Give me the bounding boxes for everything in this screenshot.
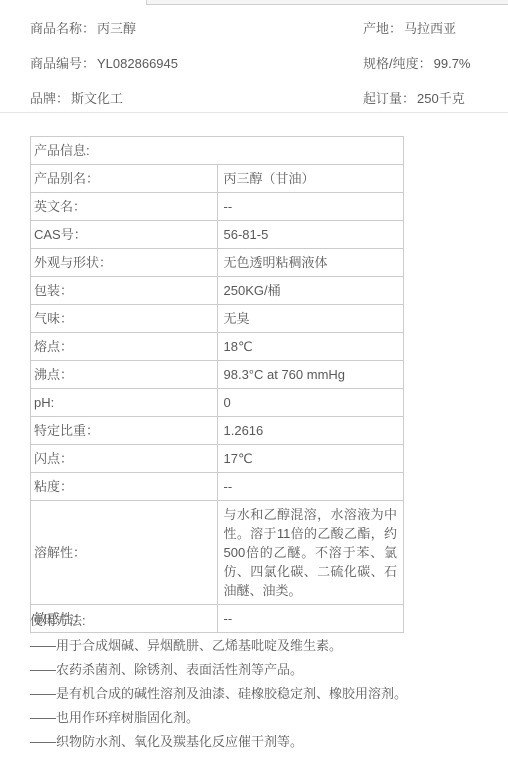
row-value: 17℃ [217, 445, 404, 473]
usage-line: ——农药杀菌剂、除锈剂、表面活性剂等产品。 [30, 661, 490, 679]
product-code-label: 商品编号： [30, 56, 95, 71]
row-label: 溶解性： [31, 501, 218, 605]
row-label: 闪点： [31, 445, 218, 473]
brand-row: 品牌：斯文化工 [30, 89, 178, 124]
origin-label: 产地： [363, 21, 402, 36]
row-value: 无臭 [217, 305, 404, 333]
table-row: 沸点： 98.3°C at 760 mmHg [31, 361, 404, 389]
product-code-row: 商品编号：YL082866945 [30, 54, 178, 89]
row-label: 外观与形状： [31, 249, 218, 277]
origin-row: 产地：马拉西亚 [363, 19, 471, 54]
usage-section: 使用方法: ——用于合成烟碱、异烟酰肼、乙烯基吡啶及维生素。 ——农药杀菌剂、除… [30, 612, 490, 757]
usage-line: ——也用作环痒树脂固化剂。 [30, 709, 490, 727]
summary-right-column: 产地：马拉西亚 规格/纯度：99.7% 起订量：250千克 [363, 19, 471, 124]
row-label: 熔点： [31, 333, 218, 361]
usage-line: ——织物防水剂、氧化及羰基化反应催干剂等。 [30, 733, 490, 751]
table-row: 产品别名： 丙三醇（甘油） [31, 165, 404, 193]
row-label: 包装： [31, 277, 218, 305]
row-value: 56-81-5 [217, 221, 404, 249]
brand-value: 斯文化工 [71, 91, 123, 106]
row-value: -- [217, 473, 404, 501]
row-value: 无色透明粘稠液体 [217, 249, 404, 277]
row-value: 98.3°C at 760 mmHg [217, 361, 404, 389]
moq-value: 250千克 [417, 91, 465, 106]
row-label: CAS号： [31, 221, 218, 249]
row-label: 特定比重： [31, 417, 218, 445]
table-row: 熔点： 18℃ [31, 333, 404, 361]
table-row: 气味： 无臭 [31, 305, 404, 333]
row-label: 英文名： [31, 193, 218, 221]
row-label: 产品别名： [31, 165, 218, 193]
table-row: CAS号： 56-81-5 [31, 221, 404, 249]
row-value: 0 [217, 389, 404, 417]
usage-line: ——用于合成烟碱、异烟酰肼、乙烯基吡啶及维生素。 [30, 637, 490, 655]
table-row: 粘度： -- [31, 473, 404, 501]
row-value: 丙三醇（甘油） [217, 165, 404, 193]
table-row: 英文名： -- [31, 193, 404, 221]
moq-row: 起订量：250千克 [363, 89, 471, 124]
product-summary-header: 商品名称：丙三醇 商品编号：YL082866945 品牌：斯文化工 产地：马拉西… [0, 5, 508, 113]
table-row: pH: 0 [31, 389, 404, 417]
purity-row: 规格/纯度：99.7% [363, 54, 471, 89]
usage-title: 使用方法: [30, 612, 490, 630]
product-name-label: 商品名称： [30, 21, 95, 36]
row-value: 与水和乙醇混溶，水溶液为中性。溶于11倍的乙酸乙酯，约500倍的乙醚。不溶于苯、… [217, 501, 404, 605]
table-row: 特定比重： 1.2616 [31, 417, 404, 445]
brand-label: 品牌： [30, 91, 69, 106]
row-label: 气味： [31, 305, 218, 333]
purity-label: 规格/纯度： [363, 56, 432, 71]
table-row: 溶解性： 与水和乙醇混溶，水溶液为中性。溶于11倍的乙酸乙酯，约500倍的乙醚。… [31, 501, 404, 605]
row-label: 沸点： [31, 361, 218, 389]
row-value: 250KG/桶 [217, 277, 404, 305]
table-row: 外观与形状： 无色透明粘稠液体 [31, 249, 404, 277]
product-name-row: 商品名称：丙三醇 [30, 19, 178, 54]
usage-line: ——是有机合成的碱性溶剂及油漆、硅橡胶稳定剂、橡胶用溶剂。 [30, 685, 490, 703]
table-row: 闪点： 17℃ [31, 445, 404, 473]
table-title: 产品信息: [31, 137, 404, 165]
product-info-table: 产品信息: 产品别名： 丙三醇（甘油） 英文名： -- CAS号： 56-81-… [30, 136, 404, 633]
row-value: -- [217, 193, 404, 221]
table-title-row: 产品信息: [31, 137, 404, 165]
product-page: { "header": { "left": [ { "label": "商品名称… [0, 0, 508, 769]
moq-label: 起订量： [363, 91, 415, 106]
table-row: 包装： 250KG/桶 [31, 277, 404, 305]
product-name-value: 丙三醇 [97, 21, 136, 36]
summary-left-column: 商品名称：丙三醇 商品编号：YL082866945 品牌：斯文化工 [30, 19, 178, 124]
purity-value: 99.7% [434, 56, 471, 71]
row-label: 粘度： [31, 473, 218, 501]
row-value: 1.2616 [217, 417, 404, 445]
row-value: 18℃ [217, 333, 404, 361]
row-label: pH: [31, 389, 218, 417]
product-code-value: YL082866945 [97, 56, 178, 71]
origin-value: 马拉西亚 [404, 21, 456, 36]
